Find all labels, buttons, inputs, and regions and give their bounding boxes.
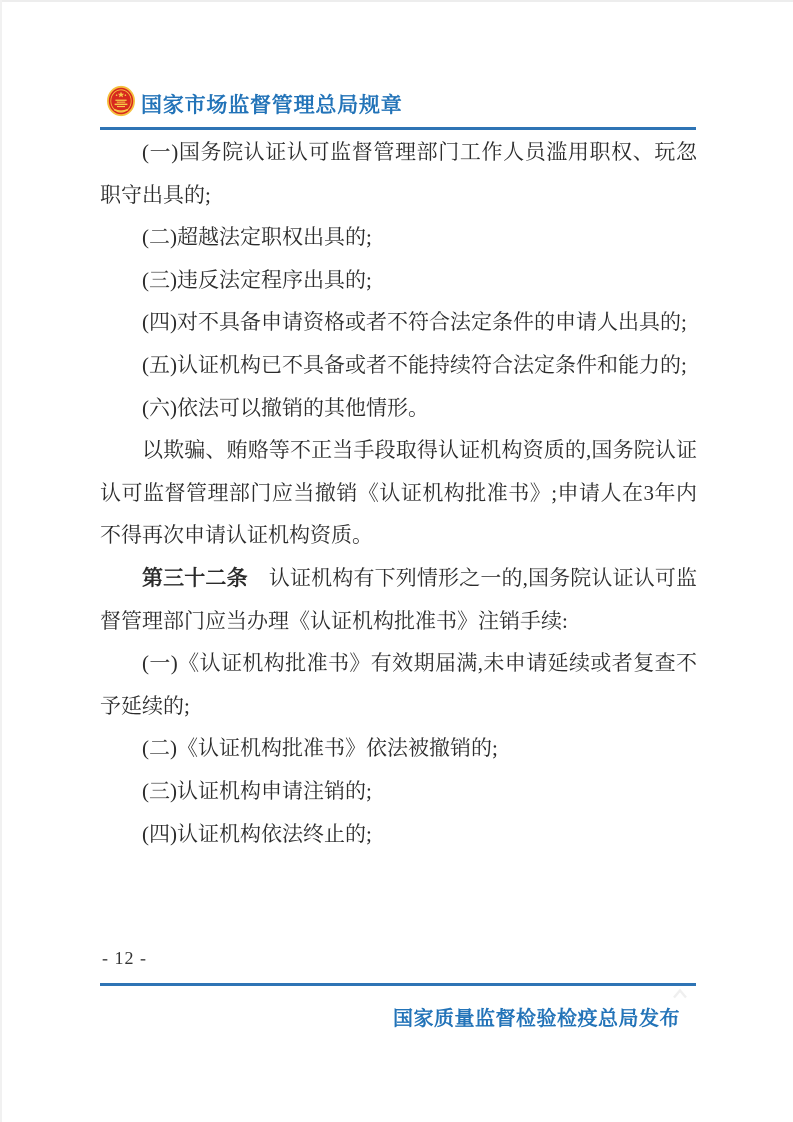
publisher-credit: 国家质量监督检验检疫总局发布	[393, 1002, 680, 1031]
paragraph-item-6: (六)依法可以撤销的其他情形。	[100, 387, 697, 430]
paragraph-article-32: 第三十二条 认证机构有下列情形之一的,国务院认证认可监督管理部门应当办理《认证机…	[100, 557, 697, 642]
chevron-up-icon[interactable]	[671, 987, 689, 999]
paragraph-item-4: (四)对不具备申请资格或者不符合法定条件的申请人出具的;	[100, 301, 697, 344]
paragraph-item-3: (三)违反法定程序出具的;	[100, 259, 697, 302]
china-national-emblem-icon	[106, 85, 136, 119]
paragraph-item-9: (三)认证机构申请注销的;	[100, 770, 697, 813]
paragraph-fraud-revocation: 以欺骗、贿赂等不正当手段取得认证机构资质的,国务院认证认可监督管理部门应当撤销《…	[100, 429, 697, 557]
page-top-edge	[0, 0, 793, 2]
header-title: 国家市场监督管理总局规章	[141, 89, 403, 119]
paragraph-item-1: (一)国务院认证认可监督管理部门工作人员滥用职权、玩忽职守出具的;	[100, 131, 697, 216]
footer-divider	[100, 983, 696, 986]
page-left-edge	[0, 0, 2, 1122]
paragraph-item-7: (一)《认证机构批准书》有效期届满,未申请延续或者复查不予延续的;	[100, 642, 697, 727]
paragraph-item-2: (二)超越法定职权出具的;	[100, 216, 697, 259]
page-number: - 12 -	[102, 948, 147, 969]
paragraph-item-5: (五)认证机构已不具备或者不能持续符合法定条件和能力的;	[100, 344, 697, 387]
article-number: 第三十二条	[142, 566, 248, 590]
paragraph-item-10: (四)认证机构依法终止的;	[100, 813, 697, 856]
header-divider	[100, 127, 696, 130]
document-page: 国家市场监督管理总局规章 (一)国务院认证认可监督管理部门工作人员滥用职权、玩忽…	[0, 0, 793, 1122]
paragraph-item-8: (二)《认证机构批准书》依法被撤销的;	[100, 727, 697, 770]
document-body: (一)国务院认证认可监督管理部门工作人员滥用职权、玩忽职守出具的; (二)超越法…	[100, 131, 697, 855]
